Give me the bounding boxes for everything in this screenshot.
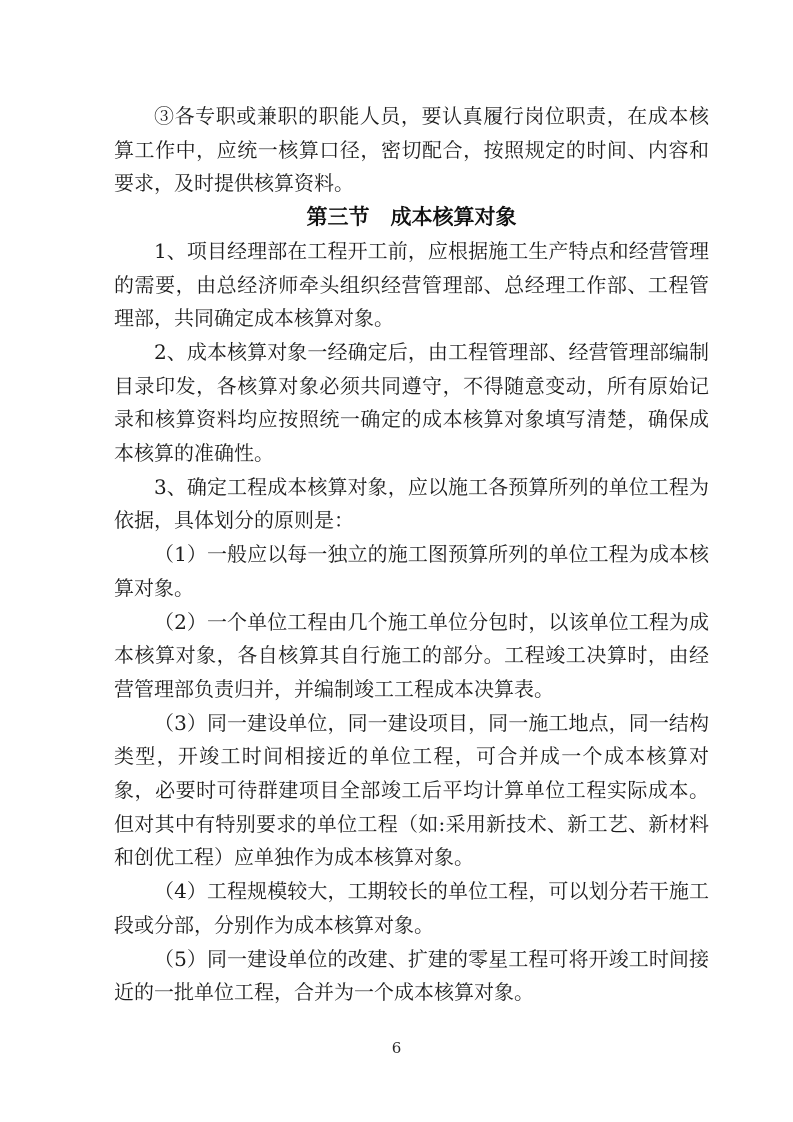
paragraph-item-2: （2）一个单位工程由几个施工单位分包时，以该单位工程为成本核算对象，各自核算其自…: [114, 606, 709, 707]
paragraph-2: 2、成本核算对象一经确定后，由工程管理部、经营管理部编制目录印发，各核算对象必须…: [114, 336, 709, 471]
document-body: ③各专职或兼职的职能人员，要认真履行岗位职责，在成本核算工作中，应统一核算口径，…: [114, 100, 709, 1010]
document-page: ③各专职或兼职的职能人员，要认真履行岗位职责，在成本核算工作中，应统一核算口径，…: [0, 0, 793, 1122]
section-heading: 第三节 成本核算对象: [114, 201, 709, 235]
intro-paragraph: ③各专职或兼职的职能人员，要认真履行岗位职责，在成本核算工作中，应统一核算口径，…: [114, 100, 709, 201]
paragraph-item-5: （5）同一建设单位的改建、扩建的零星工程可将开竣工时间接近的一批单位工程，合并为…: [114, 943, 709, 1010]
paragraph-item-1: （1）一般应以每一独立的施工图预算所列的单位工程为成本核算对象。: [114, 538, 709, 605]
paragraph-1: 1、项目经理部在工程开工前，应根据施工生产特点和经营管理的需要，由总经济师牵头组…: [114, 235, 709, 336]
paragraph-item-4: （4）工程规模较大，工期较长的单位工程，可以划分若干施工段或分部，分别作为成本核…: [114, 875, 709, 942]
paragraph-item-3: （3）同一建设单位，同一建设项目，同一施工地点，同一结构类型，开竣工时间相接近的…: [114, 707, 709, 876]
paragraph-3: 3、确定工程成本核算对象，应以施工各预算所列的单位工程为依据，具体划分的原则是：: [114, 471, 709, 538]
page-number: 6: [0, 1038, 793, 1058]
